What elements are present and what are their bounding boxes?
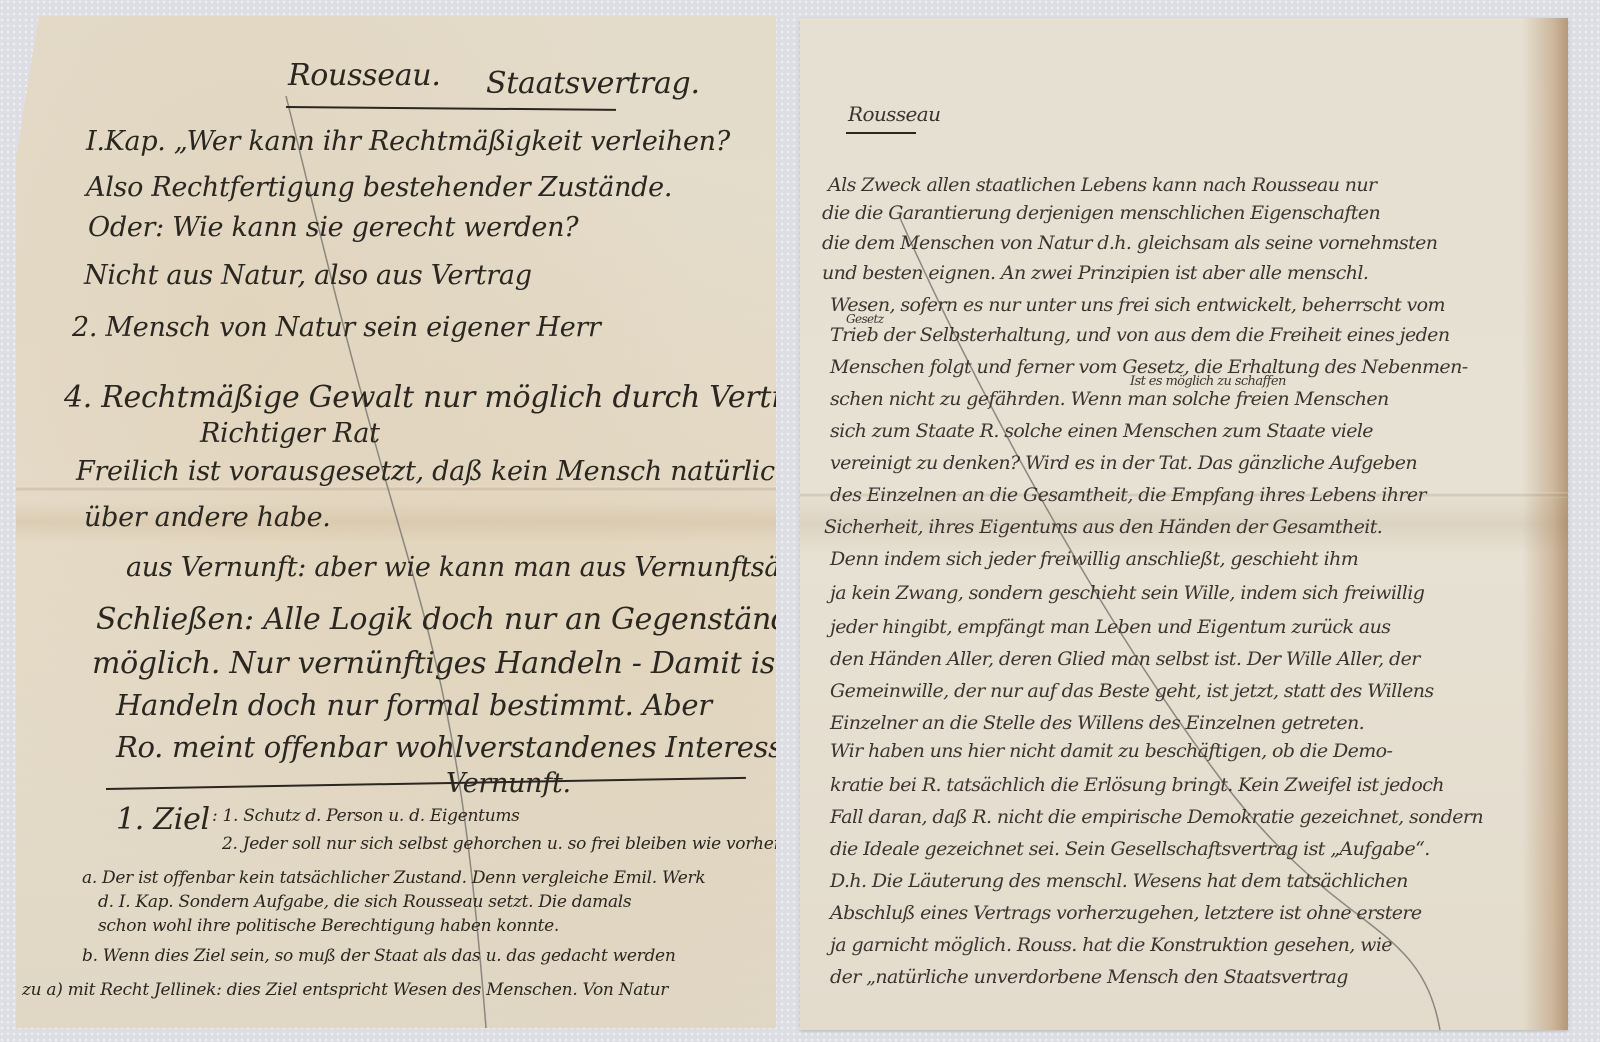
right-line-8: schen nicht zu gefährden. Wenn man solch… (830, 388, 1389, 410)
point-a-line-1: a. Der ist offenbar kein tatsächlicher Z… (82, 868, 705, 888)
right-line-24: Abschluß eines Vertrags vorherzugehen, l… (830, 902, 1422, 924)
left-subtitle: Staatsvertrag. (486, 66, 700, 101)
right-line-23: D.h. Die Läuterung des menschl. Wesens h… (830, 870, 1408, 892)
left-line-4: Nicht aus Natur, also aus Vertrag (84, 260, 532, 291)
right-line-17: Gemeinwille, der nur auf das Beste geht,… (830, 680, 1434, 702)
left-line-14: Ro. meint offenbar wohlverstandenes Inte… (116, 730, 776, 764)
right-line-26: der „natürliche unverdorbene Mensch den … (830, 966, 1348, 988)
right-line-14: ja kein Zwang, sondern geschieht sein Wi… (830, 582, 1424, 604)
left-line-1: I.Kap. „Wer kann ihr Rechtmäßigkeit verl… (86, 126, 730, 157)
goal-point-1: : 1. Schutz d. Person u. d. Eigentums (212, 806, 520, 826)
right-line-6: Trieb der Selbsterhaltung, und von aus d… (830, 324, 1449, 346)
section-divider (106, 777, 746, 790)
right-line-9: sich zum Staate R. solche einen Menschen… (830, 420, 1373, 442)
right-line-2: die die Garantierung derjenigen menschli… (822, 202, 1380, 224)
point-a-line-3: schon wohl ihre politische Berechtigung … (98, 916, 559, 936)
goal-label: 1. Ziel (116, 802, 210, 837)
left-line-10: aus Vernunft: aber wie kann man aus Vern… (126, 552, 776, 583)
right-line-25: ja garnicht möglich. Rouss. hat die Kons… (830, 934, 1392, 956)
right-line-15: jeder hingibt, empfängt man Leben und Ei… (830, 616, 1390, 638)
right-line-16: den Händen Aller, deren Glied man selbst… (830, 648, 1420, 670)
right-line-18: Einzelner an die Stelle des Willens des … (830, 712, 1364, 734)
right-line-5: Wesen, sofern es nur unter uns frei sich… (830, 294, 1445, 316)
right-line-1: Als Zweck allen staatlichen Lebens kann … (828, 174, 1377, 196)
right-line-12: Sicherheit, ihres Eigentums aus den Händ… (824, 516, 1382, 538)
manuscript-page-right: Rousseau Als Zweck allen staatlichen Leb… (800, 18, 1568, 1030)
left-line-2: Also Rechtfertigung bestehender Zustände… (86, 172, 672, 203)
right-line-11: des Einzelnen an die Gesamtheit, die Emp… (830, 484, 1426, 506)
right-line-20: kratie bei R. tatsächlich die Erlösung b… (830, 774, 1444, 796)
left-title: Rousseau. (288, 58, 441, 93)
point-c: zu a) mit Recht Jellinek: dies Ziel ents… (22, 980, 668, 1000)
goal-point-2: 2. Jeder soll nur sich selbst gehorchen … (222, 834, 776, 854)
right-line-21: Fall daran, daß R. nicht die empirische … (830, 806, 1483, 828)
right-line-4: und besten eignen. An zwei Prinzipien is… (822, 262, 1368, 284)
left-line-11: Schließen: Alle Logik doch nur an Gegens… (96, 602, 776, 637)
right-line-10: vereinigt zu denken? Wird es in der Tat.… (830, 452, 1417, 474)
right-title-underline (846, 132, 916, 134)
right-line-19: Wir haben uns hier nicht damit zu beschä… (830, 740, 1392, 762)
manuscript-page-left: Rousseau. Staatsvertrag. I.Kap. „Wer kan… (16, 16, 776, 1028)
left-line-13: Handeln doch nur formal bestimmt. Aber (116, 688, 712, 722)
title-underline (286, 106, 616, 111)
left-line-7: Richtiger Rat (200, 418, 380, 449)
left-line-9: über andere habe. (84, 502, 331, 533)
point-b: b. Wenn dies Ziel sein, so muß der Staat… (82, 946, 675, 966)
right-line-3: die dem Menschen von Natur d.h. gleichsa… (822, 232, 1437, 254)
left-line-5: 2. Mensch von Natur sein eigener Herr (72, 312, 601, 343)
point-a-line-2: d. I. Kap. Sondern Aufgabe, die sich Rou… (98, 892, 631, 912)
right-line-13: Denn indem sich jeder freiwillig anschli… (830, 548, 1358, 570)
left-line-3: Oder: Wie kann sie gerecht werden? (88, 212, 578, 243)
left-line-6: 4. Rechtmäßige Gewalt nur möglich durch … (64, 380, 776, 415)
right-title: Rousseau (848, 102, 940, 126)
left-line-8: Freilich ist vorausgesetzt, daß kein Men… (76, 456, 776, 487)
right-line-22: die Ideale gezeichnet sei. Sein Gesellsc… (830, 838, 1430, 860)
interlinear-note-2: Ist es möglich zu schaffen (1130, 374, 1286, 389)
left-line-12: möglich. Nur vernünftiges Handeln - Dami… (92, 646, 776, 681)
